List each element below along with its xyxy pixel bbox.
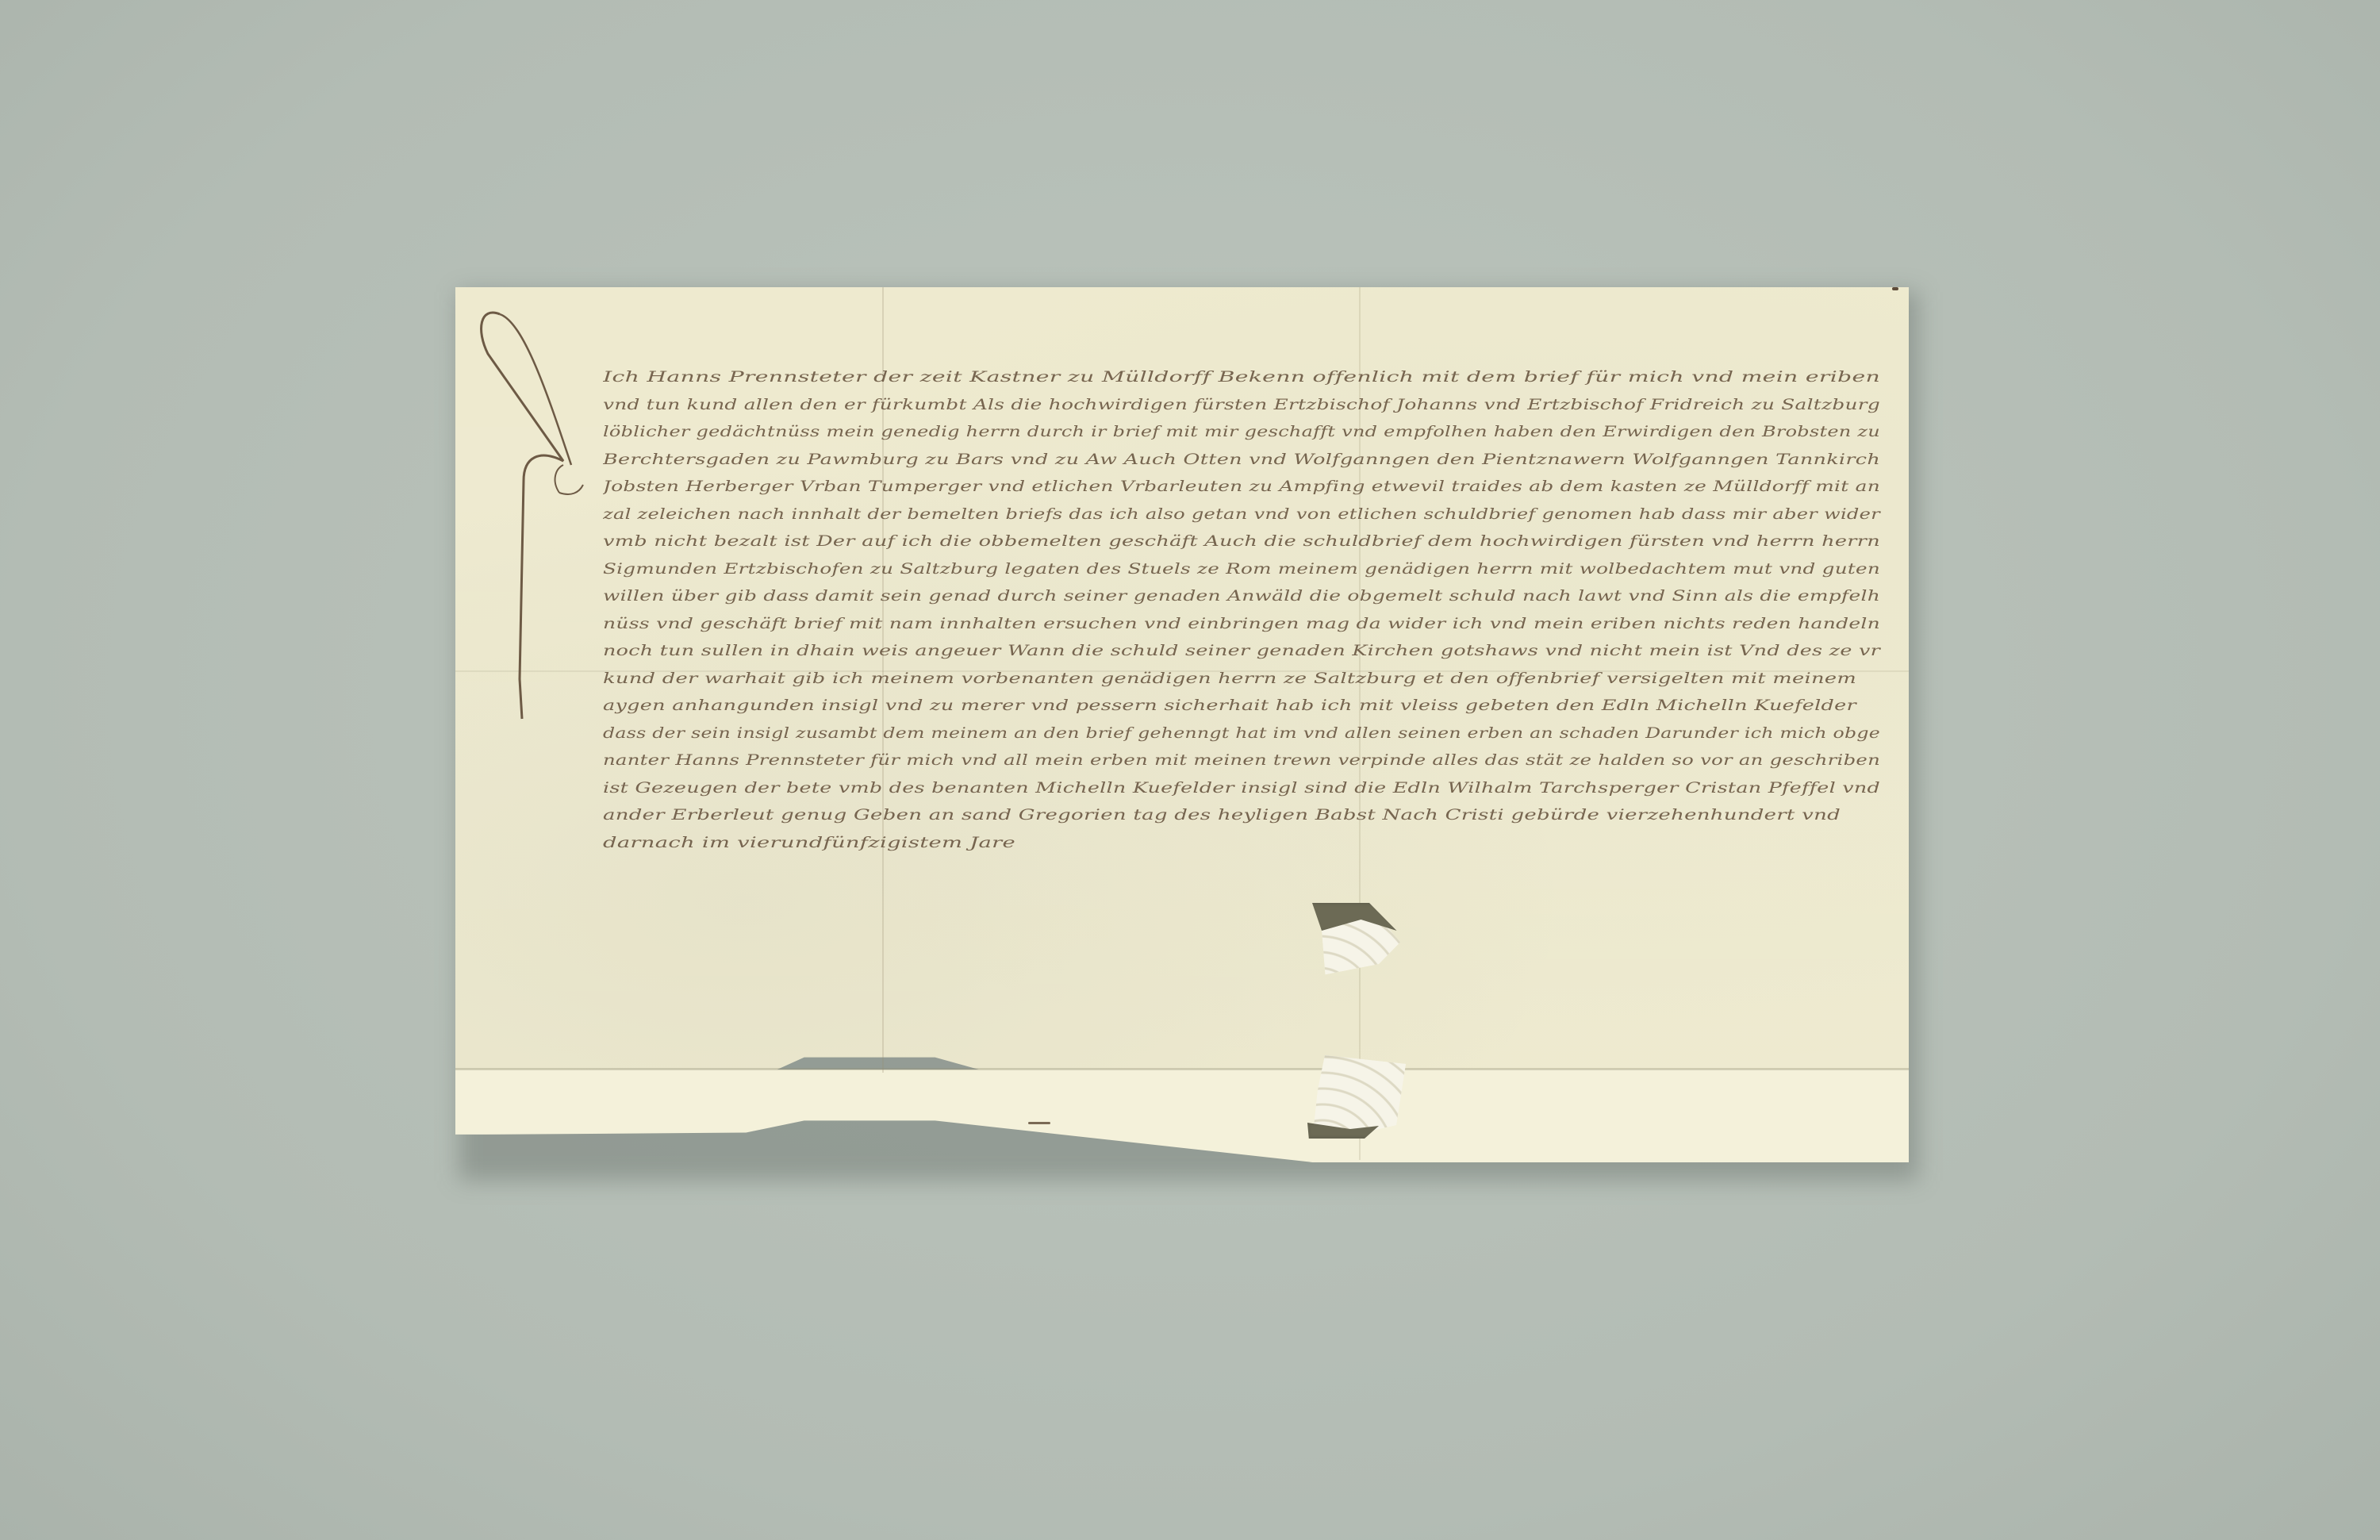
text-line: nanter Hanns Prennsteter für mich vnd al…	[603, 747, 1888, 774]
text-line: ist Gezeugen der bete vmb des benanten M…	[603, 774, 1888, 802]
text-line: Ich Hanns Prennsteter der zeit Kastner z…	[603, 363, 1888, 391]
text-line: zal zeleichen nach innhalt der bemelten …	[603, 501, 1888, 528]
text-line: ander Erberleut genug Geben an sand Greg…	[603, 801, 1888, 829]
text-line: willen über gib dass damit sein genad du…	[603, 582, 1888, 610]
ink-mark	[1028, 1122, 1050, 1124]
text-line: vnd tun kund allen den er fürkumbt Als d…	[603, 391, 1888, 419]
text-line: nüss vnd geschäft brief mit nam innhalte…	[603, 610, 1888, 638]
text-line: Jobsten Herberger Vrban Tumperger vnd et…	[603, 473, 1888, 501]
text-line: noch tun sullen in dhain weis angeuer Wa…	[603, 637, 1888, 665]
text-line: darnach im vierundfünfzigistem Jare	[603, 829, 1888, 857]
text-line: kund der warhait gib ich meinem vorbenan…	[603, 665, 1888, 693]
text-line: löblicher gedächtnüss mein genedig herrn…	[603, 418, 1888, 446]
text-line: dass der sein insigl zusambt dem meinem …	[603, 720, 1888, 747]
text-line: Sigmunden Ertzbischofen zu Saltzburg leg…	[603, 555, 1888, 583]
decorated-initial-letter	[476, 298, 587, 727]
fold-crease-horizontal	[455, 1068, 1909, 1070]
text-line: aygen anhangunden insigl vnd zu merer vn…	[603, 692, 1888, 720]
text-line: Berchtersgaden zu Pawmburg zu Bars vnd z…	[603, 446, 1888, 474]
charter-text: Ich Hanns Prennsteter der zeit Kastner z…	[603, 363, 1888, 856]
text-line: vmb nicht bezalt ist Der auf ich die obb…	[603, 528, 1888, 555]
ink-blot	[1892, 287, 1898, 290]
